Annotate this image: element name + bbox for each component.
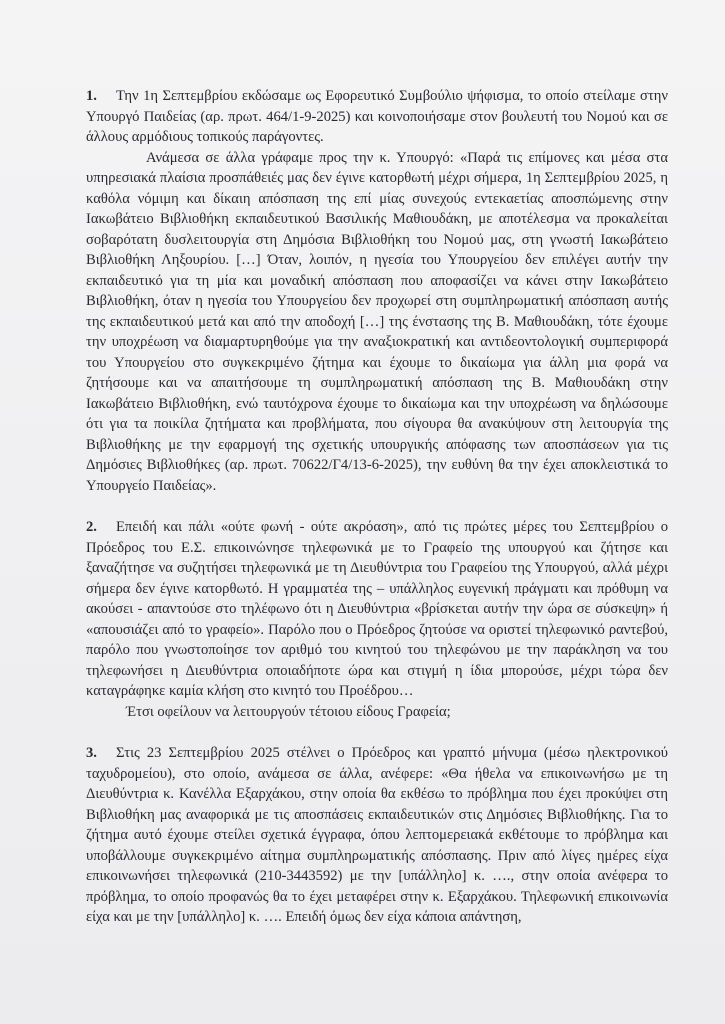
paragraph-text: Την 1η Σεπτεμβρίου εκδώσαμε ως Εφορευτικ… xyxy=(86,88,668,145)
paragraph-text: Στις 23 Σεπτεμβρίου 2025 στέλνει ο Πρόεδ… xyxy=(86,745,668,925)
section-2: 2.Επειδή και πάλι «ούτε φωνή - ούτε ακρό… xyxy=(86,517,668,722)
paragraph-spacer xyxy=(86,722,668,743)
section-3: 3.Στις 23 Σεπτεμβρίου 2025 στέλνει ο Πρό… xyxy=(86,743,668,928)
section-1-paragraph-2: Ανάμεσα σε άλλα γράφαμε προς την κ. Υπου… xyxy=(86,148,668,497)
section-number: 2. xyxy=(86,517,116,538)
paragraph-text: Επειδή και πάλι «ούτε φωνή - ούτε ακρόασ… xyxy=(86,519,668,699)
section-number: 3. xyxy=(86,743,116,764)
section-number: 1. xyxy=(86,86,116,107)
scanned-document-page: 1.Την 1η Σεπτεμβρίου εκδώσαμε ως Εφορευτ… xyxy=(0,0,725,1024)
section-2-paragraph-2: Έτσι οφείλουν να λειτουργούν τέτοιου είδ… xyxy=(86,702,668,723)
section-2-paragraph-1: 2.Επειδή και πάλι «ούτε φωνή - ούτε ακρό… xyxy=(86,517,668,702)
section-3-paragraph-1: 3.Στις 23 Σεπτεμβρίου 2025 στέλνει ο Πρό… xyxy=(86,743,668,928)
section-1-paragraph-1: 1.Την 1η Σεπτεμβρίου εκδώσαμε ως Εφορευτ… xyxy=(86,86,668,148)
section-1: 1.Την 1η Σεπτεμβρίου εκδώσαμε ως Εφορευτ… xyxy=(86,86,668,496)
paragraph-spacer xyxy=(86,496,668,517)
document-body: 1.Την 1η Σεπτεμβρίου εκδώσαμε ως Εφορευτ… xyxy=(86,86,668,928)
